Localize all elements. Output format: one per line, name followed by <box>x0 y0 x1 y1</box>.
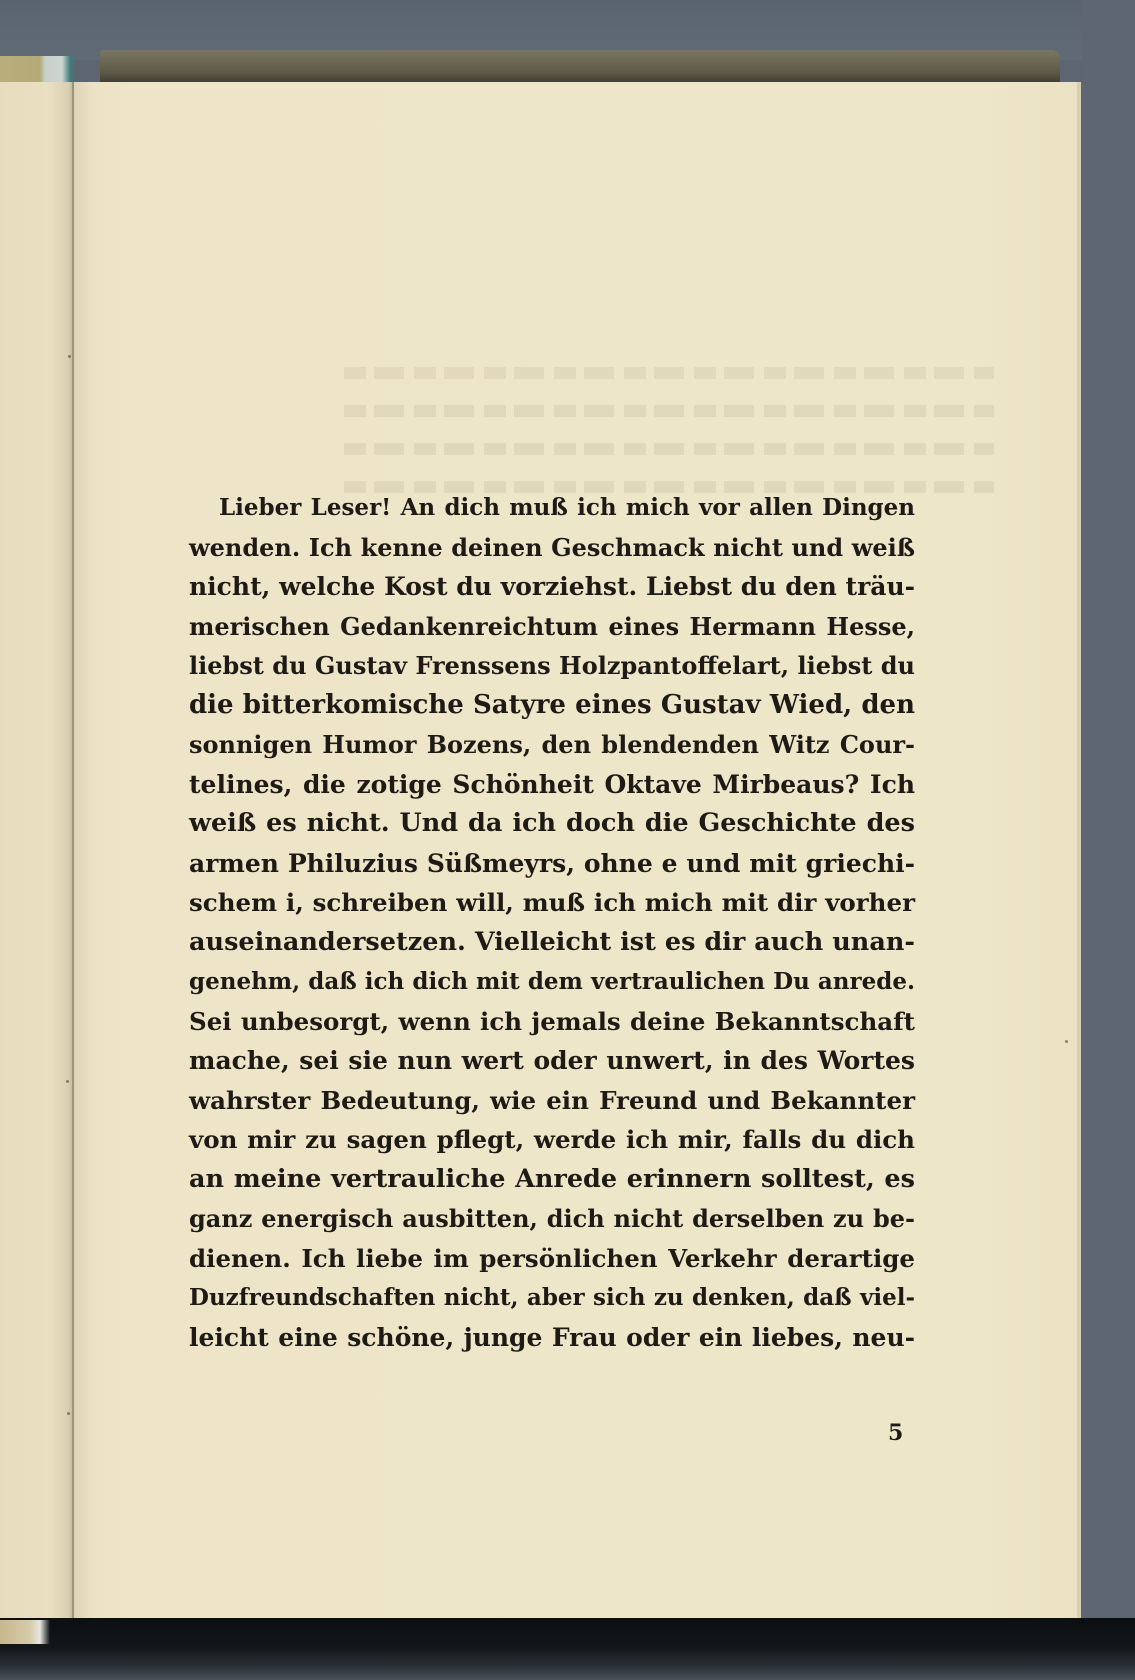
book-cover-edge-bottom <box>0 1618 1135 1680</box>
page-number: 5 <box>888 1420 903 1446</box>
text-line: wenden. Ich kenne deinen Geschmack nicht… <box>189 528 915 568</box>
body-paragraph: Lieber Leser! An dich muß ich mich vor a… <box>189 488 915 1357</box>
text-line: merischen Gedankenreichtum eines Hermann… <box>189 607 915 647</box>
text-line: von mir zu sagen pflegt, werde ich mir, … <box>189 1120 915 1160</box>
text-line: Duzfreundschaften nicht, aber sich zu de… <box>189 1278 915 1318</box>
paper-speck <box>1065 1040 1068 1043</box>
gutter-fold <box>72 82 74 1618</box>
paper-speck <box>67 1412 70 1415</box>
paper-speck <box>68 355 71 358</box>
left-page-edge <box>0 82 74 1618</box>
text-line: armen Philuzius Süßmeyrs, ohne e und mit… <box>189 844 915 884</box>
text-line: weiß es nicht. Und da ich doch die Gesch… <box>189 804 915 844</box>
book-spine-top <box>0 56 75 82</box>
book-spine-bottom <box>0 1620 50 1644</box>
text-line: telines, die zotige Schönheit Oktave Mir… <box>189 765 915 805</box>
text-line: sonnigen Humor Bozens, den blendenden Wi… <box>189 725 915 765</box>
text-line: an meine vertrauliche Anrede erinnern so… <box>189 1160 915 1200</box>
text-line: ganz energisch ausbitten, dich nicht der… <box>189 1199 915 1239</box>
text-line: Sei unbesorgt, wenn ich jemals deine Bek… <box>189 1002 915 1042</box>
text-line: leicht eine schöne, junge Frau oder ein … <box>189 1318 915 1358</box>
text-line: mache, sei sie nun wert oder unwert, in … <box>189 1041 915 1081</box>
book-cover-edge-top <box>100 50 1060 82</box>
text-line: liebst du Gustav Frenssens Holzpantoffel… <box>189 646 915 686</box>
text-line: die bitterkomische Satyre eines Gustav W… <box>189 686 915 726</box>
paper-speck <box>66 1080 69 1083</box>
text-line: Lieber Leser! An dich muß ich mich vor a… <box>189 488 915 528</box>
text-line: nicht, welche Kost du vorziehst. Liebst … <box>189 567 915 607</box>
text-line: schem i, schreiben will, muß ich mich mi… <box>189 883 915 923</box>
text-line: wahrster Bedeutung, wie ein Freund und B… <box>189 1081 915 1121</box>
text-line: dienen. Ich liebe im persönlichen Verkeh… <box>189 1239 915 1279</box>
text-line: genehm, daß ich dich mit dem vertraulich… <box>189 962 915 1002</box>
text-line: auseinandersetzen. Vielleicht ist es dir… <box>189 923 915 963</box>
scan-background-right <box>1082 0 1135 1680</box>
